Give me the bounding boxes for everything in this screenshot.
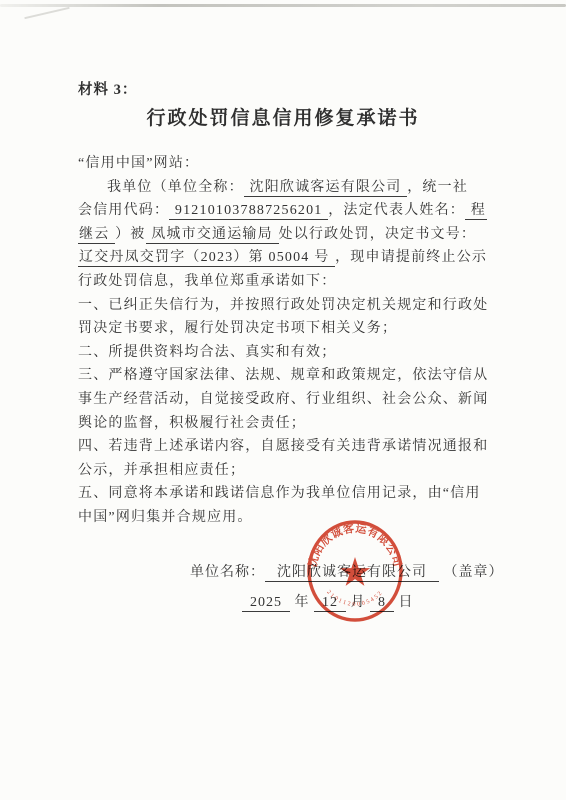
body-text: 罚决定书要求，履行处罚决定书项下相关义务；: [78, 321, 397, 336]
body-line: 会信用代码： 912101037887256201 ，法定代表人姓名： 程: [78, 199, 498, 223]
body-text: ）被: [115, 227, 145, 242]
form-blank-filled: 继云: [78, 227, 115, 244]
body-text: 处以行政处罚，决定书文号：: [279, 227, 477, 242]
body-text: 二、所提供资料均合法、真实和有效；: [78, 345, 336, 360]
svg-text:2101120005452: 2101120005452: [325, 589, 384, 608]
scan-edge-artifact: [0, 4, 566, 7]
body-line: 继云 ）被 凤城市交通运输局 处以行政处罚，决定书文号：: [78, 223, 498, 247]
form-blank-filled: 辽交丹凤交罚字（2023）第 05004 号: [78, 250, 335, 267]
body-line: 一、已纠正失信行为，并按照行政处罚决定机关规定和行政处: [78, 294, 498, 318]
form-blank-filled: 程: [465, 203, 487, 220]
body-lines: “信用中国”网站：我单位（单位全称： 沈阳欣诚客运有限公司 ，统一社会信用代码：…: [78, 152, 498, 530]
body-line: 行政处罚信息，我单位郑重承诺如下：: [78, 270, 498, 294]
body-text: 四、若违背上述承诺内容，自愿接受有关违背承诺情况通报和: [78, 439, 488, 454]
seal-code-text: 2101120005452: [325, 589, 384, 608]
body-text: 中国”网归集并合规应用。: [78, 510, 253, 525]
form-blank-filled: 912101037887256201: [169, 203, 328, 220]
seal-graphics: 沈阳欣诚客运有限公司 2101120005452: [305, 521, 405, 620]
body-text: 公示，并承担相应责任；: [78, 463, 245, 478]
body-text: 会信用代码：: [78, 203, 169, 218]
form-blank-filled: 沈阳欣诚客运有限公司: [244, 180, 407, 197]
body-text: ，现申请提前终止公示: [335, 250, 487, 265]
body-line: 公示，并承担相应责任；: [78, 459, 498, 483]
scanned-document-page: 材料 3： 行政处罚信息信用修复承诺书 “信用中国”网站：我单位（单位全称： 沈…: [0, 0, 566, 800]
unit-name-label: 单位名称：: [190, 565, 265, 580]
body-line: 三、严格遵守国家法律、法规、规章和政策规定，依法守信从: [78, 364, 498, 388]
form-blank-filled: 凤城市交通运输局: [146, 227, 279, 244]
scan-corner-artifact: [24, 7, 69, 19]
page-title: 行政处罚信息信用修复承诺书: [0, 103, 566, 130]
body-line: 四、若违背上述承诺内容，自愿接受有关违背承诺情况通报和: [78, 435, 498, 459]
body-text: 三、严格遵守国家法律、法规、规章和政策规定，依法守信从: [78, 368, 488, 383]
seal-note: （盖章）: [444, 565, 504, 580]
body-text: 行政处罚信息，我单位郑重承诺如下：: [78, 274, 336, 289]
body-line: 事生产经营活动，自觉接受政府、行业组织、社会公众、新闻: [78, 388, 498, 412]
body-text: 一、已纠正失信行为，并按照行政处罚决定机关规定和行政处: [78, 298, 488, 313]
body-text: “信用中国”网站：: [78, 156, 199, 171]
body-text: ，统一社: [407, 180, 468, 195]
body-line: 辽交丹凤交罚字（2023）第 05004 号 ，现申请提前终止公示: [78, 246, 498, 270]
body-line: 我单位（单位全称： 沈阳欣诚客运有限公司 ，统一社: [78, 176, 498, 200]
body-text: 五、同意将本承诺和践诺信息作为我单位信用记录，由“信用: [78, 486, 481, 501]
body-line: 二、所提供资料均合法、真实和有效；: [78, 341, 498, 365]
body-line: 五、同意将本承诺和践诺信息作为我单位信用记录，由“信用: [78, 482, 498, 506]
body-text: 我单位（单位全称：: [107, 180, 244, 195]
body-line: 罚决定书要求，履行处罚决定书项下相关义务；: [78, 317, 498, 341]
body-line: 中国”网归集并合规应用。: [78, 506, 498, 530]
body-text: 事生产经营活动，自觉接受政府、行业组织、社会公众、新闻: [78, 392, 488, 407]
body-line: “信用中国”网站：: [78, 152, 498, 176]
material-label: 材料 3：: [78, 78, 137, 99]
body-text: 舆论的监督，积极履行社会责任；: [78, 416, 306, 431]
company-seal-stamp: 沈阳欣诚客运有限公司 2101120005452: [305, 518, 405, 624]
body-line: 舆论的监督，积极履行社会责任；: [78, 412, 498, 436]
body-text: ，法定代表人姓名：: [328, 203, 465, 218]
seal-star-icon: [340, 557, 370, 586]
date-year-value: 2025: [242, 595, 290, 612]
